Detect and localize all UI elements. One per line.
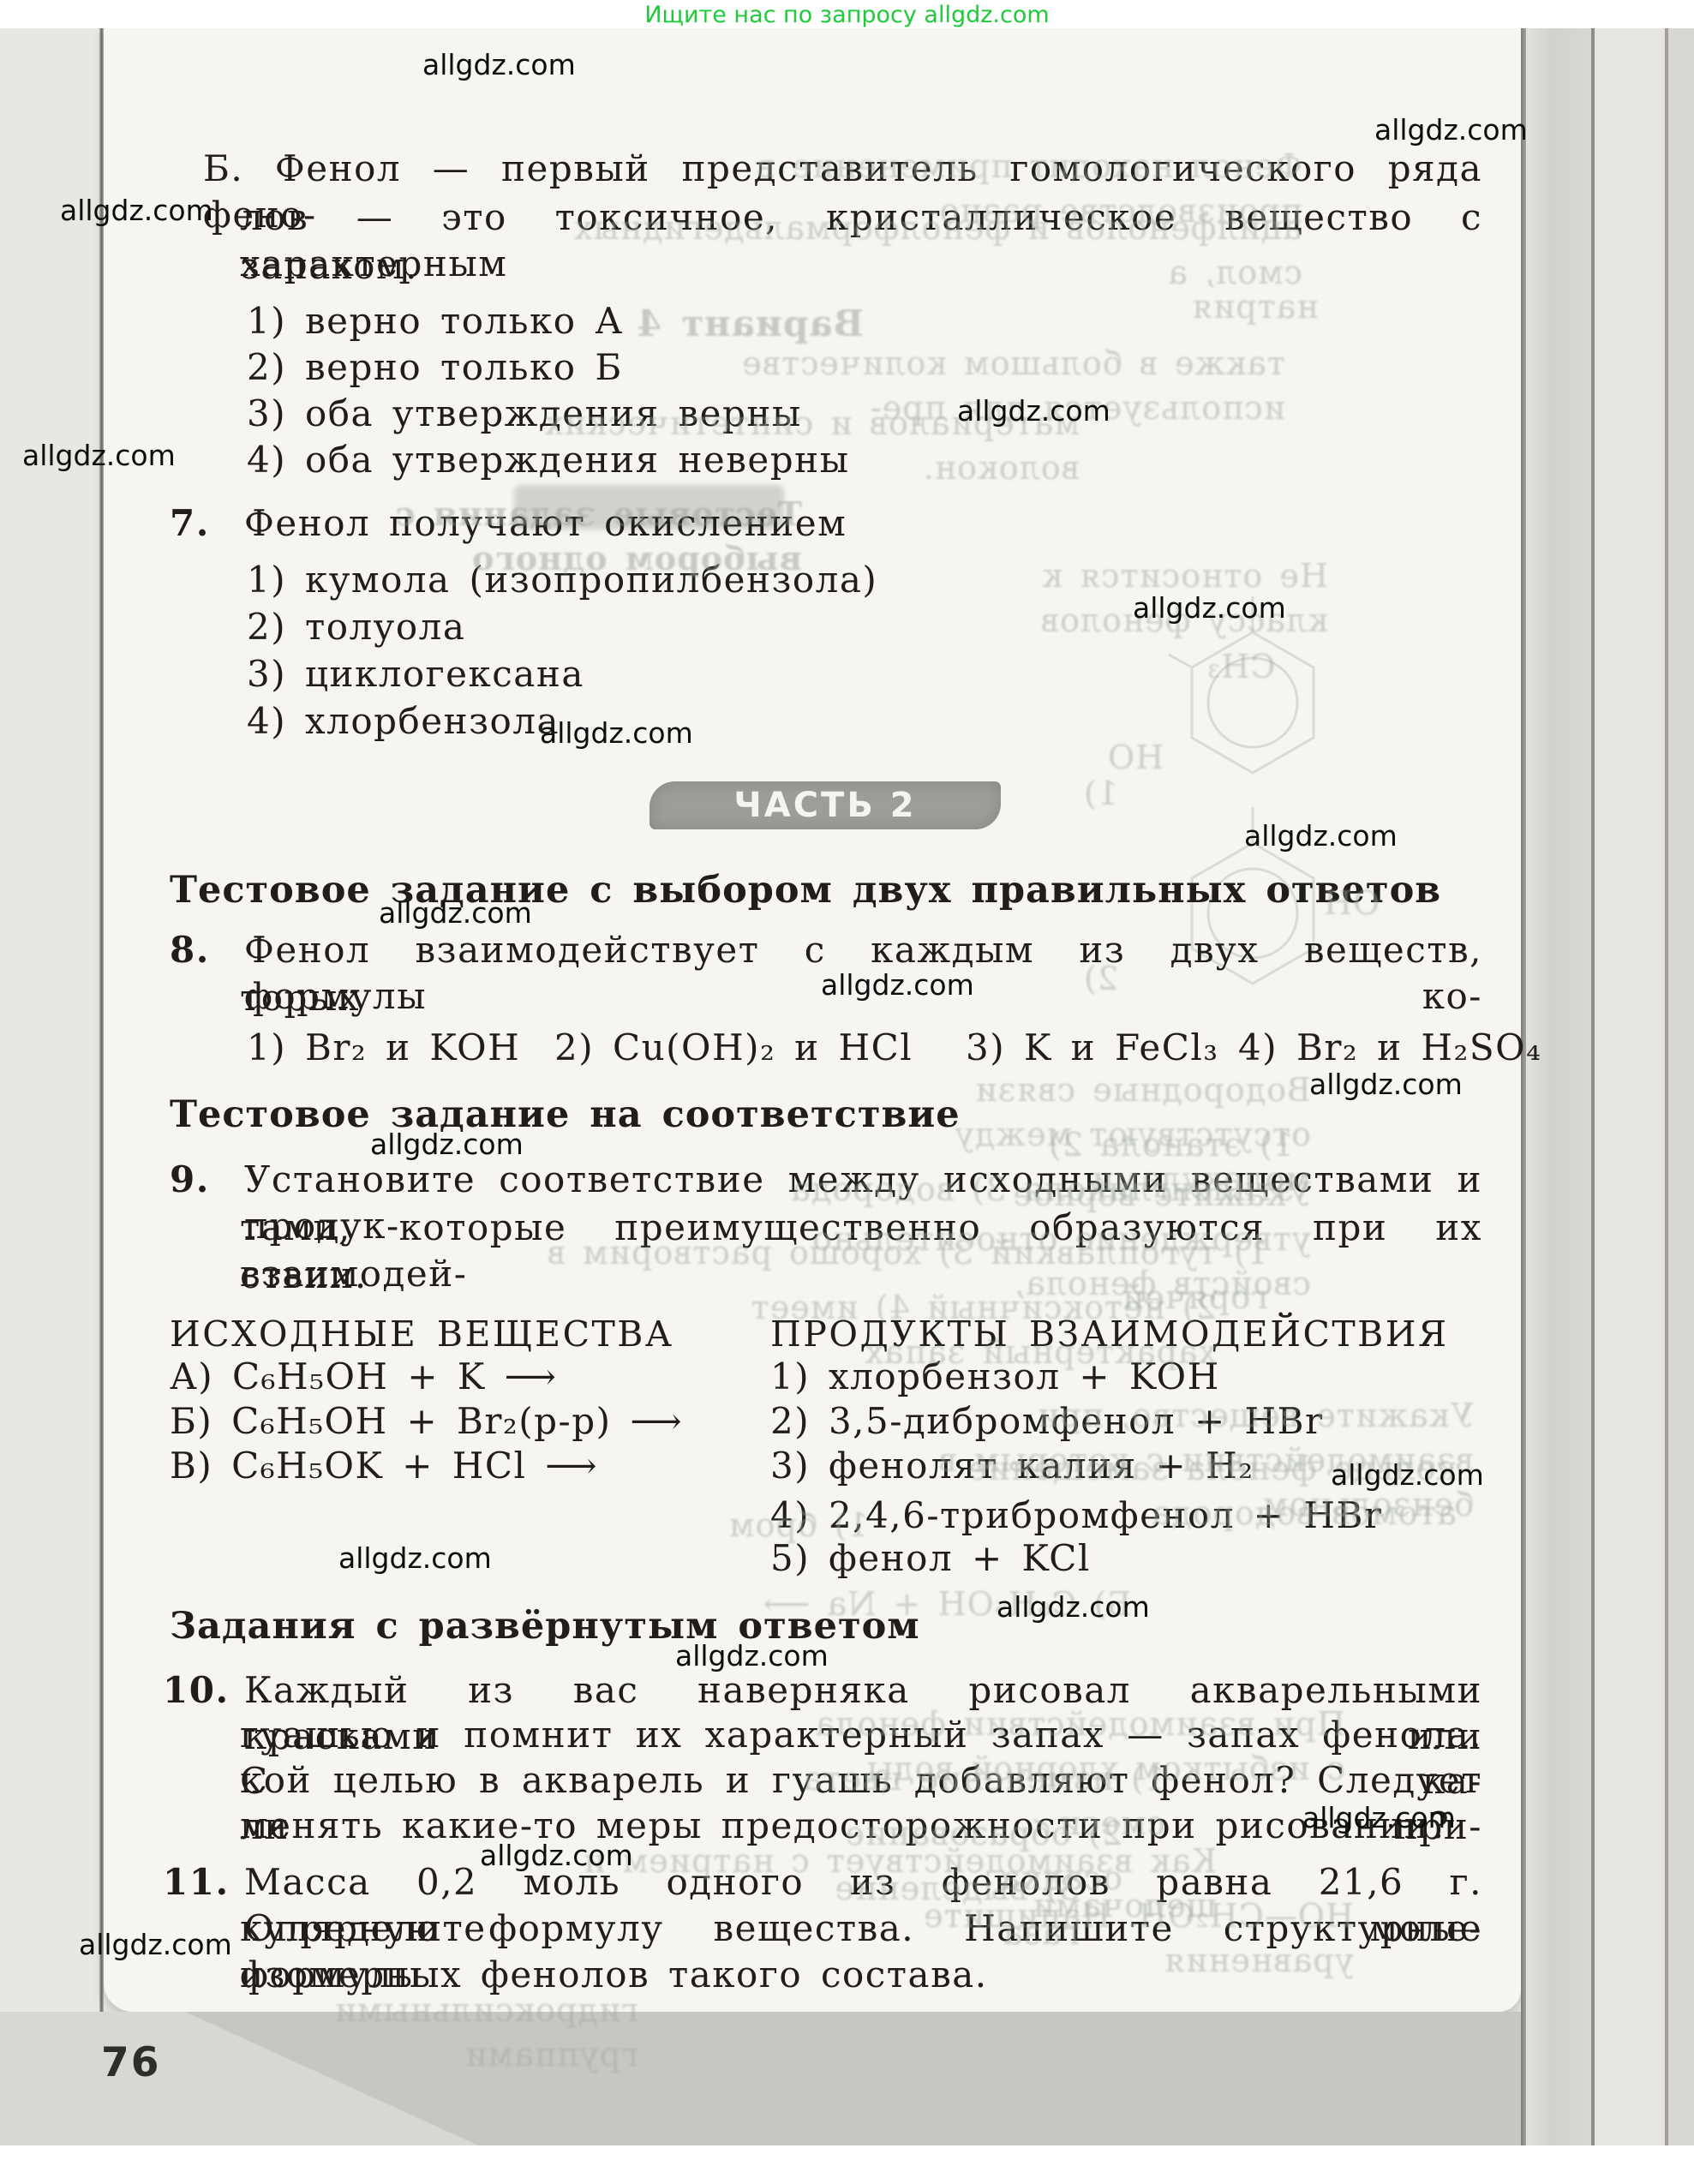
watermark: allgdz.com (540, 716, 693, 750)
watermark: allgdz.com (1331, 1458, 1484, 1492)
watermark: allgdz.com (957, 394, 1110, 428)
bleedthrough-text: натрия (1191, 284, 1319, 329)
watermark: allgdz.com (1244, 819, 1398, 853)
bleedthrough-text: гидроксильными группами (236, 1988, 638, 2077)
watermark: allgdz.com (79, 1928, 232, 1961)
bleedthrough-text: 2) (1083, 956, 1118, 1001)
watermark: allgdz.com (370, 1128, 524, 1161)
top-promo-bar: Ищите нас по запросу allgdz.com (0, 0, 1694, 28)
bleedthrough-text: 1) бром (728, 1503, 869, 1547)
watermark: allgdz.com (338, 1541, 492, 1575)
watermark: allgdz.com (1374, 113, 1528, 147)
watermark: allgdz.com (1309, 1068, 1463, 1101)
watermark: allgdz.com (997, 1590, 1150, 1624)
watermark: allgdz.com (22, 439, 176, 472)
watermark: allgdz.com (60, 194, 213, 227)
watermark: allgdz.com (1302, 1801, 1456, 1834)
bleedthrough-text: Вариант 4 (636, 302, 864, 346)
bleedthrough-text: СН₃ (1206, 644, 1275, 689)
bleedthrough-text: ОН (1323, 881, 1380, 925)
bleedthrough-text: НО—СН₂ОН. Напишите уравнения (754, 1894, 1354, 1983)
bleedthrough-text: Тестовые задания с выбором одного (236, 492, 802, 581)
watermark: allgdz.com (379, 896, 532, 930)
bleedthrough-text: 1) (1083, 771, 1118, 816)
promo-text: Ищите нас по запросу allgdz.com (0, 2, 1694, 28)
bleedthrough-text: ацилфенолов и фенолформальдегидных смол,… (531, 206, 1302, 295)
watermark: allgdz.com (480, 1839, 633, 1872)
watermark: allgdz.com (675, 1639, 829, 1672)
watermark: allgdz.com (1133, 591, 1286, 625)
screenshot-root: Б. Фенол — первый представитель гомологи… (0, 0, 1694, 2184)
watermark: allgdz.com (821, 968, 974, 1002)
watermark-layer: Фенол находит применение в производстве … (0, 0, 1694, 2184)
bottom-bar (0, 2145, 1694, 2184)
watermark: allgdz.com (422, 48, 576, 81)
bleedthrough-text: 2) нетоксичный 4) имеет характерный запа… (531, 1285, 1217, 1374)
